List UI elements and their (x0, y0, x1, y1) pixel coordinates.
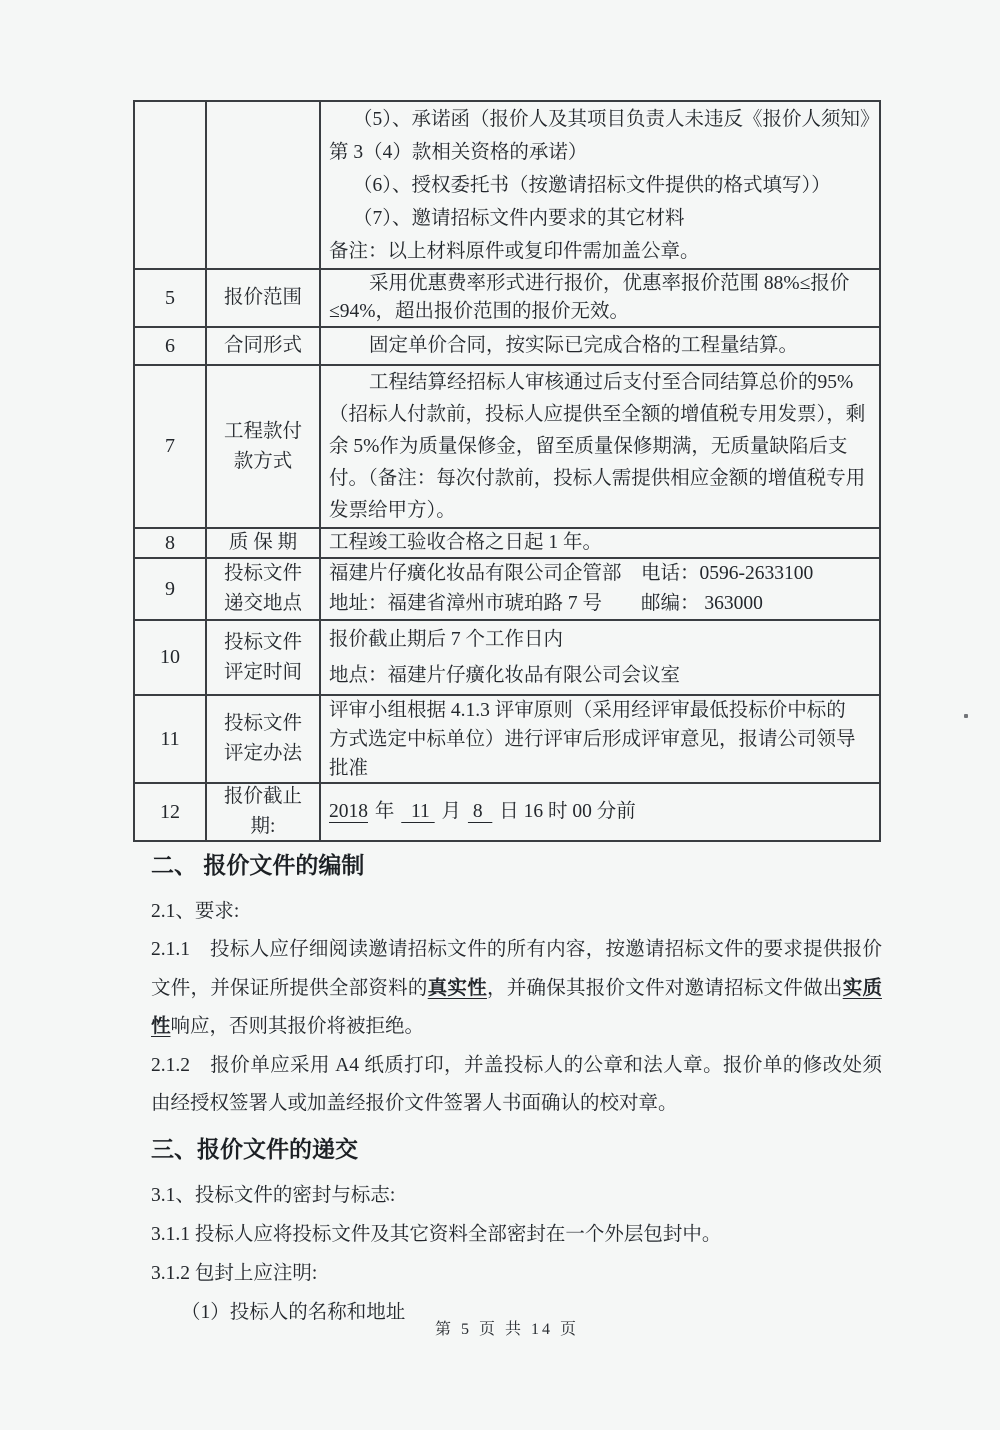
table-row-10: 10 投标文件 评定时间 报价截止期后 7 个工作日内 地点：福建片仔癀化妆品有… (135, 621, 879, 696)
row-content-cell: 福建片仔癀化妆品有限公司企管部 电话：0596-2633100 地址：福建省漳州… (321, 559, 879, 619)
table-row-5: 5 报价范围 采用优惠费率形式进行报价，优惠率报价范围 88%≤报价 ≤94%，… (135, 270, 879, 328)
row-number-cell: 11 (135, 696, 207, 782)
section-heading-2: 二、 报价文件的编制 (151, 848, 882, 882)
section-heading-3: 三、报价文件的递交 (151, 1132, 882, 1166)
row-number-cell (135, 102, 207, 268)
content-line: 付。（备注：每次付款前，投标人需提供相应金额的增值税专用 (329, 463, 873, 495)
content-line: 地点：福建片仔癀化妆品有限公司会议室 (329, 658, 873, 694)
content-line: 备注：以上材料原件或复印件需加盖公章。 (329, 235, 873, 268)
row-number-cell: 7 (135, 366, 207, 527)
row-content-cell: 报价截止期后 7 个工作日内 地点：福建片仔癀化妆品有限公司会议室 (321, 621, 879, 694)
row-number-cell: 9 (135, 559, 207, 619)
row-label-cell: 报价截止 期: (207, 784, 321, 840)
row-label-cell: 投标文件 评定时间 (207, 621, 321, 694)
row-content-cell: 采用优惠费率形式进行报价，优惠率报价范围 88%≤报价 ≤94%，超出报价范围的… (321, 270, 879, 326)
content-line: 地址：福建省漳州市琥珀路 7 号 邮编： 363000 (329, 589, 873, 619)
phone-number: 电话：0596-2633100 (641, 559, 873, 589)
deadline-day-value: 8 (468, 801, 492, 822)
row-label-cell: 合同形式 (207, 328, 321, 364)
content-line: 固定单价合同，按实际已完成合格的工程量结算。 (329, 331, 873, 361)
row-label-line: 递交地点 (224, 589, 302, 619)
row-number-cell: 8 (135, 529, 207, 557)
row-content-cell: 评审小组根据 4.1.3 评审原则（采用经评审最低投标价中标的 方式选定中标单位… (321, 696, 879, 782)
table-row-11: 11 投标文件 评定办法 评审小组根据 4.1.3 评审原则（采用经评审最低投标… (135, 696, 879, 784)
content-line: 工程竣工验收合格之日起 1 年。 (329, 530, 873, 556)
row-content-cell: 工程竣工验收合格之日起 1 年。 (321, 529, 879, 557)
document-page: （5）、承诺函（报价人及其项目负责人未违反《报价人须知》 第 3（4）款相关资格… (0, 0, 1000, 1430)
table-row-6: 6 合同形式 固定单价合同，按实际已完成合格的工程量结算。 (135, 328, 879, 366)
deadline-time-text: 日 16 时 00 分前 (499, 801, 636, 822)
row-label-line: 期: (251, 812, 276, 842)
row-content-cell: 工程结算经招标人审核通过后支付至合同结算总价的95% （招标人付款前，投标人应提… (321, 366, 879, 527)
page-number-indicator: 第 5 页 共 14 页 (133, 1316, 881, 1339)
delivery-address: 地址：福建省漳州市琥珀路 7 号 (329, 589, 641, 619)
paragraph-2-1-1: 2.1.1 投标人应仔细阅读邀请招标文件的所有内容，按邀请招标文件的要求提供报价… (151, 931, 882, 1047)
paragraph-text: 响应，否则其报价将被拒绝。 (171, 1016, 425, 1037)
row-label-line: 投标文件 (224, 709, 302, 739)
paragraph-text: ，并确保其报价文件对邀请招标文件做出 (487, 978, 843, 999)
paragraph-3-1-1: 3.1.1 投标人应将投标文件及其它资料全部密封在一个外层包封中。 (151, 1215, 882, 1254)
row-label-cell: 质 保 期 (207, 529, 321, 557)
table-row-9: 9 投标文件 递交地点 福建片仔癀化妆品有限公司企管部 电话：0596-2633… (135, 559, 879, 621)
content-line: 报价截止期后 7 个工作日内 (329, 622, 873, 658)
postal-code: 邮编： 363000 (641, 589, 873, 619)
deadline-year-value: 2018 (329, 801, 368, 822)
row-label-line: 质 保 期 (229, 528, 297, 558)
row-label-line: 报价范围 (224, 283, 302, 313)
row-content-cell: 2018 年 11 月 8 日 16 时 00 分前 (321, 784, 879, 840)
row-number-cell: 6 (135, 328, 207, 364)
content-line: 余 5%作为质量保修金，留至质量保修期满，无质量缺陷后支 (329, 431, 873, 463)
row-label-cell: 投标文件 递交地点 (207, 559, 321, 619)
deadline-month-label: 月 (442, 801, 462, 822)
row-content-cell: （5）、承诺函（报价人及其项目负责人未违反《报价人须知》 第 3（4）款相关资格… (321, 102, 879, 268)
row-number-cell: 12 (135, 784, 207, 840)
table-row-8: 8 质 保 期 工程竣工验收合格之日起 1 年。 (135, 529, 879, 559)
content-line: 福建片仔癀化妆品有限公司企管部 电话：0596-2633100 (329, 559, 873, 589)
subsection-3-1: 3.1、投标文件的密封与标志: (151, 1176, 882, 1215)
content-line: 第 3（4）款相关资格的承诺） (329, 136, 873, 169)
row-label-cell: 投标文件 评定办法 (207, 696, 321, 782)
delivery-office: 福建片仔癀化妆品有限公司企管部 (329, 559, 641, 589)
table-row-7: 7 工程款付 款方式 工程结算经招标人审核通过后支付至合同结算总价的95% （招… (135, 366, 879, 529)
subsection-2-1: 2.1、要求: (151, 892, 882, 931)
content-line: 采用优惠费率形式进行报价，优惠率报价范围 88%≤报价 (329, 270, 873, 298)
row-label-cell: 工程款付 款方式 (207, 366, 321, 527)
paragraph-2-1-2: 2.1.2 报价单应采用 A4 纸质打印，并盖投标人的公章和法人章。报价单的修改… (151, 1047, 882, 1124)
row-label-line: 投标文件 (224, 628, 302, 658)
table-row-continuation: （5）、承诺函（报价人及其项目负责人未违反《报价人须知》 第 3（4）款相关资格… (135, 102, 879, 270)
row-label-line: 报价截止 (224, 782, 302, 812)
table-row-12: 12 报价截止 期: 2018 年 11 月 8 日 16 时 00 分前 (135, 784, 879, 840)
row-label-line: 款方式 (234, 447, 293, 477)
row-label-line: 投标文件 (224, 559, 302, 589)
row-label-cell: 报价范围 (207, 270, 321, 326)
content-line: 方式选定中标单位）进行评审后形成评审意见，报请公司领导 (329, 725, 873, 754)
deadline-year-label: 年 (375, 801, 395, 822)
content-line: （招标人付款前，投标人应提供至全额的增值税专用发票），剩 (329, 399, 873, 431)
row-label-cell (207, 102, 321, 268)
scan-speck (964, 714, 968, 718)
tender-info-table: （5）、承诺函（报价人及其项目负责人未违反《报价人须知》 第 3（4）款相关资格… (133, 100, 881, 842)
body-sections: 二、 报价文件的编制 2.1、要求: 2.1.1 投标人应仔细阅读邀请招标文件的… (151, 840, 882, 1332)
content-line: 批准 (329, 754, 873, 783)
deadline-month-value: 11 (401, 801, 434, 822)
paragraph-3-1-2: 3.1.2 包封上应注明: (151, 1254, 882, 1293)
row-label-line: 评定时间 (224, 658, 302, 688)
content-line: （5）、承诺函（报价人及其项目负责人未违反《报价人须知》 (329, 103, 873, 136)
row-content-cell: 固定单价合同，按实际已完成合格的工程量结算。 (321, 328, 879, 364)
row-label-line: 工程款付 (224, 417, 302, 447)
content-line: （7）、邀请招标文件内要求的其它材料 (329, 202, 873, 235)
deadline-date-line: 2018 年 11 月 8 日 16 时 00 分前 (329, 795, 873, 829)
content-line: 工程结算经招标人审核通过后支付至合同结算总价的95% (329, 367, 873, 399)
emphasis-authenticity: 真实性 (428, 978, 487, 999)
content-line: （6）、授权委托书（按邀请招标文件提供的格式填写）） (329, 169, 873, 202)
content-line: ≤94%，超出报价范围的报价无效。 (329, 298, 873, 326)
row-label-line: 评定办法 (224, 739, 302, 769)
row-number-cell: 5 (135, 270, 207, 326)
row-number-cell: 10 (135, 621, 207, 694)
content-line: 发票给甲方）。 (329, 495, 873, 527)
row-label-line: 合同形式 (224, 331, 302, 361)
content-line: 评审小组根据 4.1.3 评审原则（采用经评审最低投标价中标的 (329, 696, 873, 725)
